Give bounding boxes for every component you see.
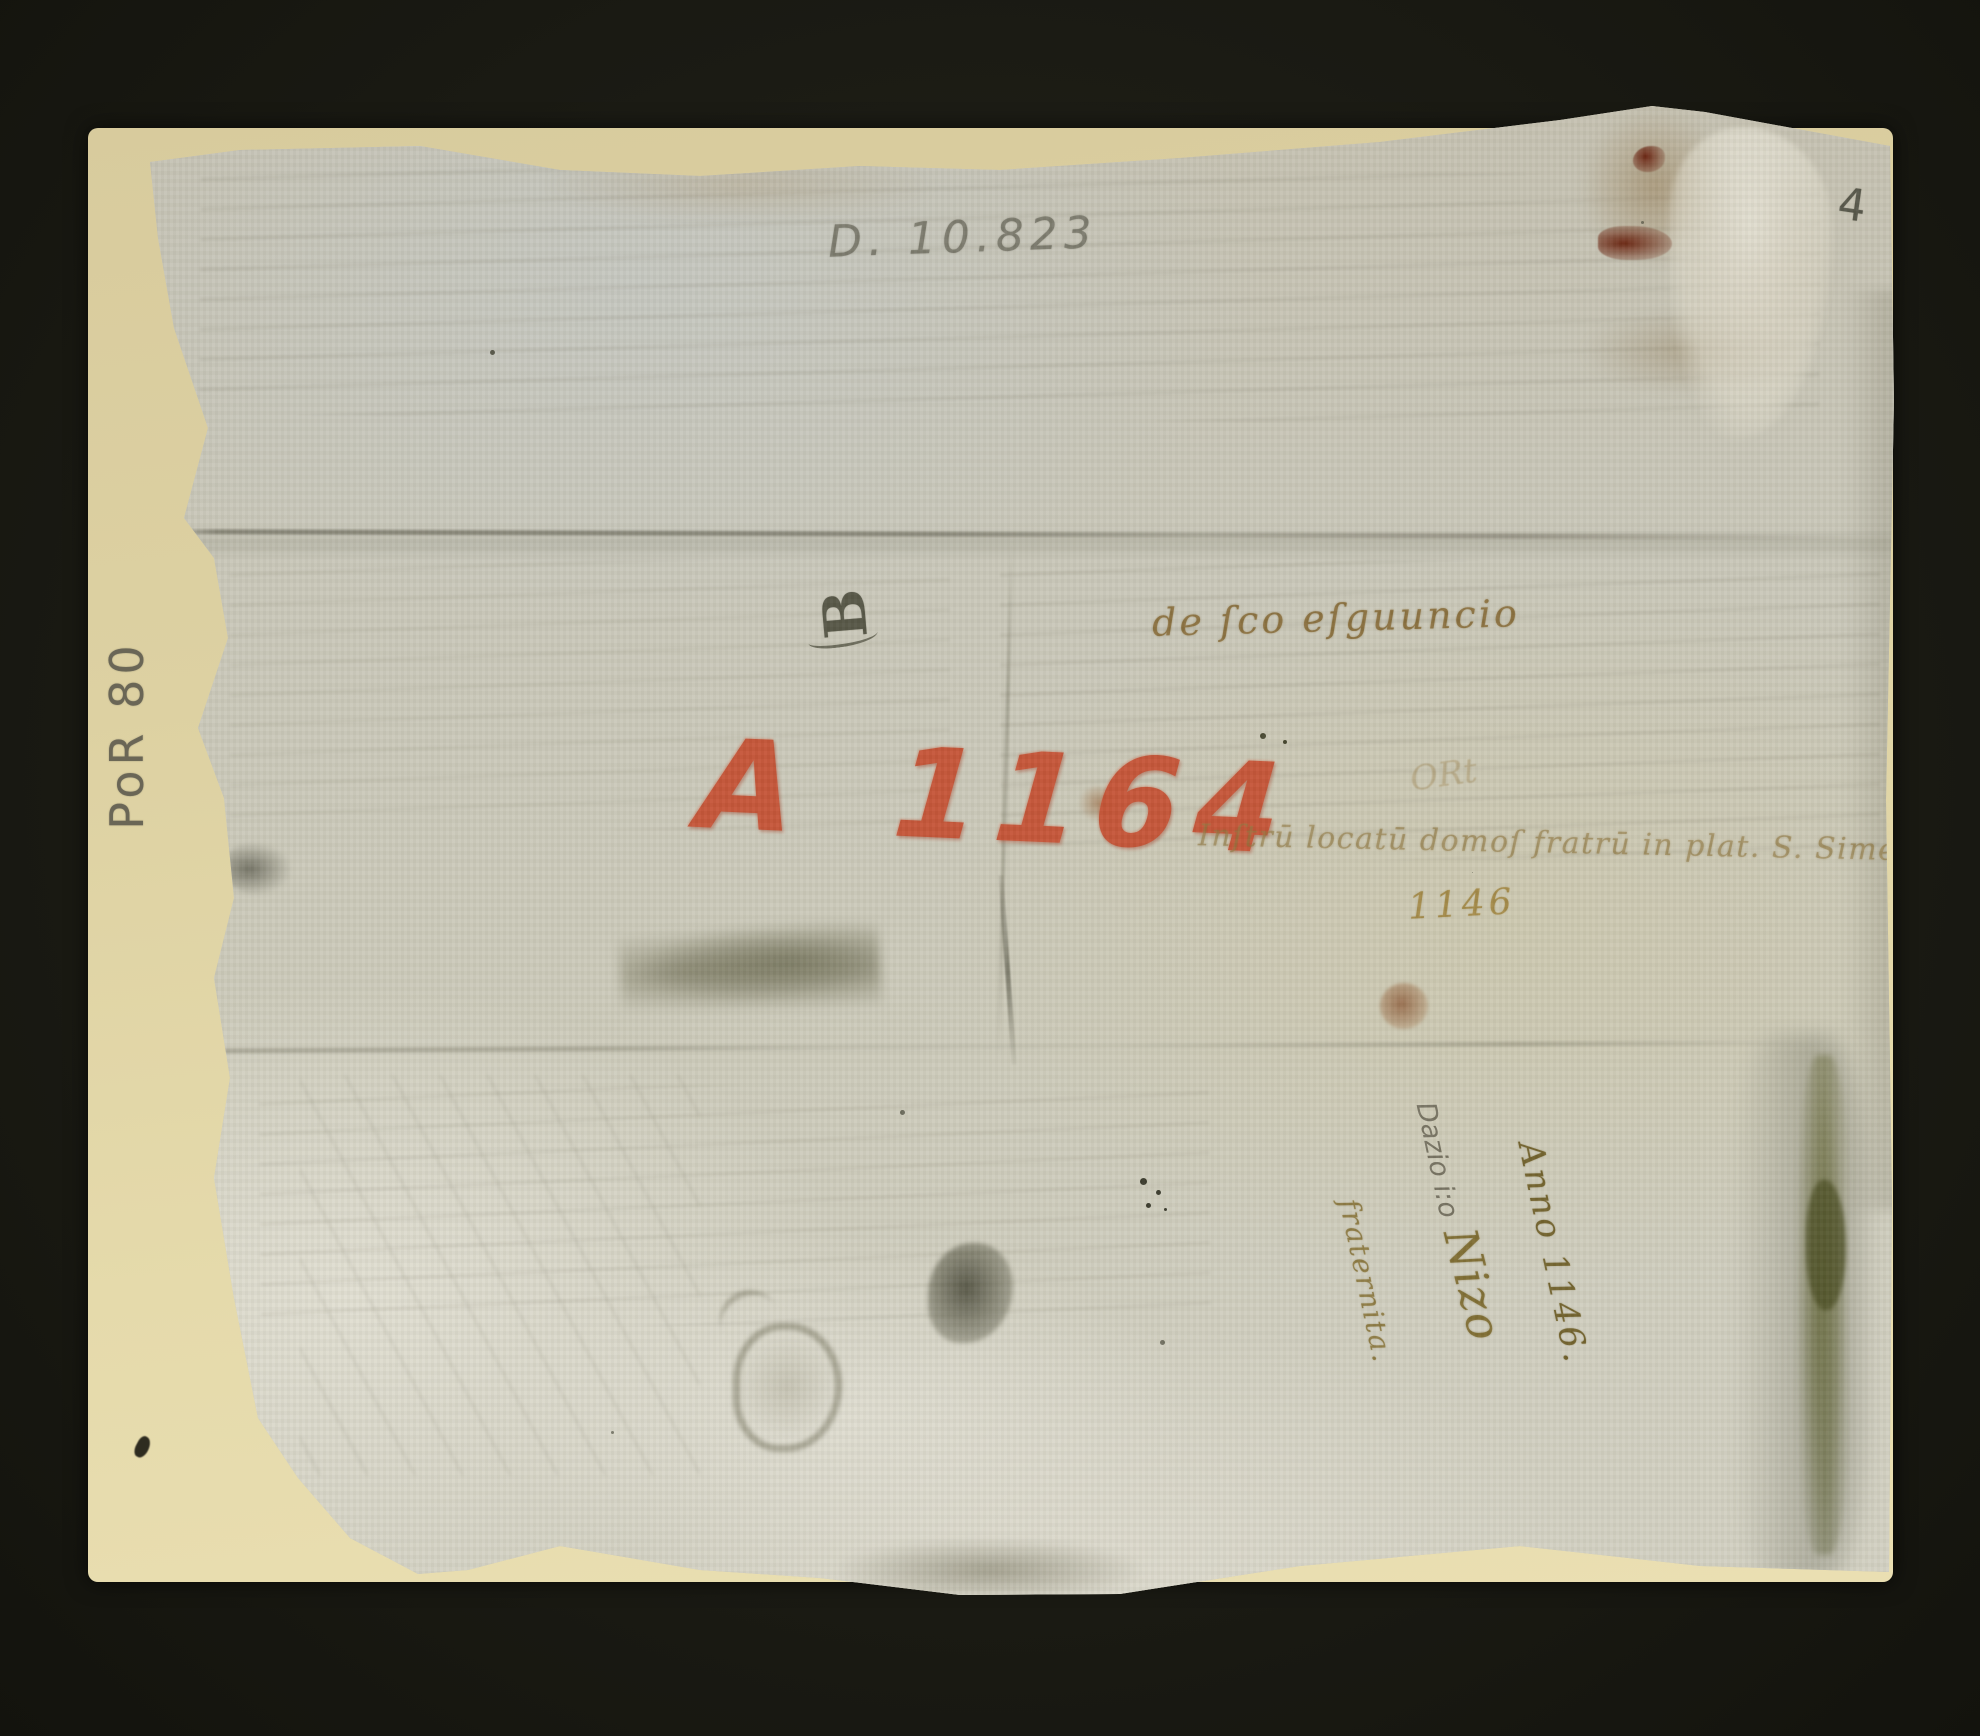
scratch-streaks <box>300 1075 700 1475</box>
mount-shelfmark-text: PoR 80 <box>100 640 154 829</box>
diagonal-name-text: Nizo <box>1433 1223 1513 1348</box>
diagonal-word-text: fraternita. <box>1332 1196 1399 1367</box>
archival-photo: PoR 80 D. 10.823 4 B <box>0 0 1980 1736</box>
red-wax-spot-b <box>1598 226 1672 260</box>
bottom-edge-smudge <box>840 1540 1140 1600</box>
red-inventory-number: A 1164 <box>679 714 1314 882</box>
showthrough-band-top <box>199 164 1821 425</box>
archive-year-text: 1146 <box>1407 881 1517 928</box>
fold-crease-lower <box>165 1039 1895 1053</box>
parchment-sheet: D. 10.823 4 B de ſco eſguuncio A 1164 OR… <box>140 100 1900 1595</box>
ink-fleck <box>132 1434 154 1460</box>
pencil-shelfmark-text: D. 10.823 <box>827 207 1098 267</box>
rust-spot <box>1380 983 1428 1029</box>
stain-olive-core <box>1806 1180 1846 1310</box>
folio-number-text: 4 <box>1835 178 1870 232</box>
scattered-specks <box>490 350 495 355</box>
diagonal-year-text: Anno 1146. <box>1510 1138 1596 1368</box>
diagonal-note-text: Dazio i:o <box>1410 1099 1465 1220</box>
dark-ink-blob <box>928 1243 1013 1343</box>
ink-dots-cluster <box>1140 1178 1147 1185</box>
center-smudge <box>618 918 882 1016</box>
